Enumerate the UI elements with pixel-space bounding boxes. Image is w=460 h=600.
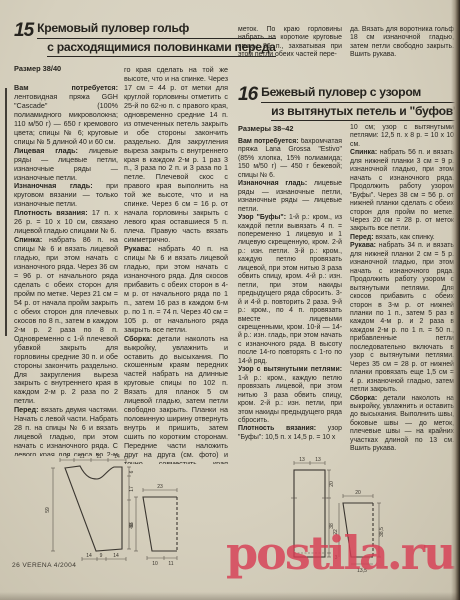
paragraph-lead: Перед: (14, 405, 39, 414)
article15-heading: 15 Кремовый пуловер гольф с расходящимис… (14, 22, 228, 59)
dimension-label: 14 (113, 553, 119, 559)
article16-number: 16 (238, 86, 257, 103)
dimension-label: 10 (152, 561, 158, 567)
dimension-label: 9 (100, 553, 103, 559)
paragraph: го края сделать на той же высоте, что и … (124, 66, 228, 245)
paragraph-lead: Сборка: (124, 334, 152, 343)
schematic-sleeve-outline (143, 497, 177, 551)
paragraph-lead: Узор с вытянутыми петлями: (238, 366, 342, 373)
dimension-label: 9 (66, 454, 69, 460)
article16-size: Размеры 38–42 (238, 124, 294, 133)
magazine-page: 15 Кремовый пуловер гольф с расходящимис… (0, 0, 460, 600)
paragraph: меток. По краю горловины набрать на коро… (238, 26, 342, 60)
paragraph: Лицевая гладь: лицевые ряды — лицевые пе… (14, 147, 118, 183)
dimension-label: 20 (329, 481, 335, 487)
paragraph-lead: Вам потребуется: (14, 84, 118, 92)
article15-number: 15 (14, 22, 33, 39)
paragraph-lead: Сборка: (350, 395, 377, 402)
paragraph: Вам потребуется: бахромчатая пряжа Lana … (238, 138, 342, 180)
dimension-label: 23 (157, 484, 163, 490)
dimension-label: 11 (79, 454, 84, 460)
schematic-front-outline (65, 466, 122, 551)
paragraph-lead: Плотность вязания: (238, 425, 316, 432)
scan-artifact-line (5, 88, 7, 336)
watermark-postila: postila.ru (226, 524, 460, 582)
article16-column4: 10 см; узор с вытянутыми петлями: 12,5 п… (350, 124, 454, 474)
paragraph: Узор "Буфы": 1-й р.: кром., из каждой пе… (238, 214, 342, 366)
paragraph-lead: Рукава: (350, 242, 376, 249)
paragraph-lead: Вам потребуется: (238, 138, 299, 145)
paragraph: 10 см; узор с вытянутыми петлями: 12,5 п… (350, 124, 454, 149)
dimension-label: 11 (96, 454, 101, 460)
paragraph-lead: Спинка: (14, 235, 42, 244)
article15-column1: Вам потребуется: лентовидная пряжа GGH "… (14, 84, 118, 456)
paragraph: Плотность вязания: 17 п. х 26 р. = 10 х … (14, 209, 118, 236)
dimension-label: 13 (299, 457, 305, 463)
paragraph: Спинка: набрать 86 п. на спицы № 6 и вяз… (14, 236, 118, 406)
dimension-label: 13 (315, 457, 321, 463)
dimension-label: 17 (129, 486, 135, 492)
dimension-label: 6 (129, 470, 135, 473)
paragraph: Рукава: набрать 40 п. на спицы № 6 и вяз… (124, 245, 228, 335)
paragraph-lead: Рукава: (124, 244, 151, 253)
dimension-label: 14 (114, 454, 120, 460)
dimension-label: 11 (168, 561, 173, 567)
article15-end-column3: меток. По краю горловины набрать на коро… (238, 26, 342, 80)
paragraph: Перед: вязать двумя частями. Начать с ле… (14, 406, 118, 456)
paragraph: Плотность вязания: узор "Буфы": 10,5 п. … (238, 425, 342, 442)
article15-end-column4: да. Вязать для воротника гольф 18 см изн… (350, 26, 454, 80)
paragraph-lead: Изнаночная гладь: (238, 180, 307, 187)
article15-size: Размер 38/40 (14, 64, 61, 73)
paragraph-lead: Перед: (350, 234, 374, 241)
paragraph: Сборка: детали наколоть на выкройку, увл… (350, 395, 454, 454)
page-bottom-shadow (0, 592, 460, 600)
paragraph-lead: Спинка: (350, 149, 377, 156)
paragraph: Вам потребуется: лентовидная пряжа GGH "… (14, 84, 118, 147)
dimension-label: 59 (45, 507, 51, 513)
paragraph: Изнаночная гладь: лицевые ряды — изнаноч… (238, 180, 342, 214)
page-edge-shadow (451, 0, 460, 600)
article16-heading: 16 Бежевый пуловер с узором из вытянутых… (238, 86, 454, 123)
paragraph: Изнаночная гладь: при круговом вязании —… (14, 182, 118, 209)
paragraph: Узор с вытянутыми петлями: 1-й р.: кром.… (238, 366, 342, 425)
article16-column3: Вам потребуется: бахромчатая пряжа Lana … (238, 138, 342, 468)
article16-title-line2: из вытянутых петель и "буфов" (271, 105, 458, 122)
dimension-label: 14 (86, 553, 92, 559)
paragraph: Спинка: набрать 56 п. и вязать для нижне… (350, 149, 454, 234)
page-footer: 26 VERENA 4/2004 (12, 562, 76, 569)
article16-title-line1: Бежевый пуловер с узором (261, 86, 458, 103)
paragraph-lead: Изнаночная гладь: (14, 181, 93, 190)
article16-title: Бежевый пуловер с узором из вытянутых пе… (261, 86, 458, 123)
paragraph-lead: Узор "Буфы": (238, 214, 286, 221)
paragraph-lead: Плотность вязания: (14, 208, 88, 217)
dimension-label: 20 (355, 490, 361, 496)
paragraph: Сборка: детали наколоть на выкройку, увл… (124, 335, 228, 464)
schematic-article15: 9 11 11 14 59 6 17 36 14 9 14 23 40 10 (38, 452, 238, 577)
dimension-label: 40 (129, 523, 135, 529)
paragraph: Рукава: набрать 34 п. и вязать для нижне… (350, 242, 454, 394)
article15-column2: го края сделать на той же высоте, что и … (124, 66, 228, 464)
paragraph-lead: Лицевая гладь: (14, 146, 78, 155)
paragraph: да. Вязать для воротника гольф 18 см изн… (350, 26, 454, 60)
